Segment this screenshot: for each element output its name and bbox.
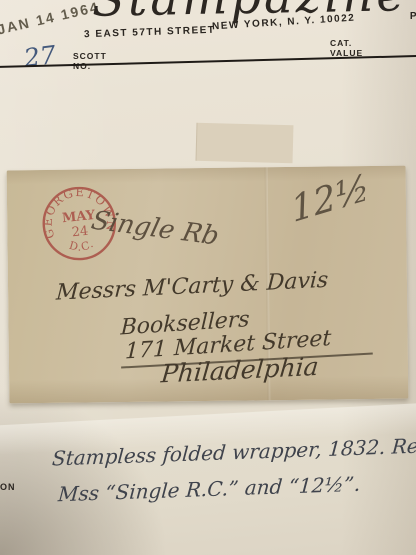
scott-no-label: SCOTT NO. xyxy=(73,51,107,71)
manuscript-rate-12half: 12½ xyxy=(289,167,373,231)
price-label-partial: P xyxy=(410,11,416,22)
album-page-photo: JAN 14 1964 Stampazine 3 EAST 57TH STREE… xyxy=(0,0,416,555)
scott-number-manuscript: 27 xyxy=(22,40,57,73)
address-line-city: Philadelphia xyxy=(160,352,320,389)
address-line-name: Messrs M'Carty & Davis xyxy=(55,268,328,306)
letterhead-rule xyxy=(0,55,416,68)
scott-label-line1: SCOTT xyxy=(73,51,107,61)
caption-line1-script: Stampless folded wrapper, 1832. Red xyxy=(51,433,416,471)
stampless-folded-cover: GEORGETOWN MAY 24 D.C. Single Rb 12½ Mes… xyxy=(7,166,409,404)
cat-label-line1: CAT. xyxy=(330,38,363,48)
caption-line2: Mss “Single R.C.” and “12½”. xyxy=(57,472,361,507)
mounting-tape xyxy=(196,123,294,164)
cat-value-label: CAT. VALUE xyxy=(330,38,363,58)
caption-line1: Stampless folded wrapper, 1832. Red “GEO… xyxy=(51,429,416,470)
postmark-day: 24 xyxy=(71,224,89,241)
edge-label-partial: ON xyxy=(0,482,16,492)
